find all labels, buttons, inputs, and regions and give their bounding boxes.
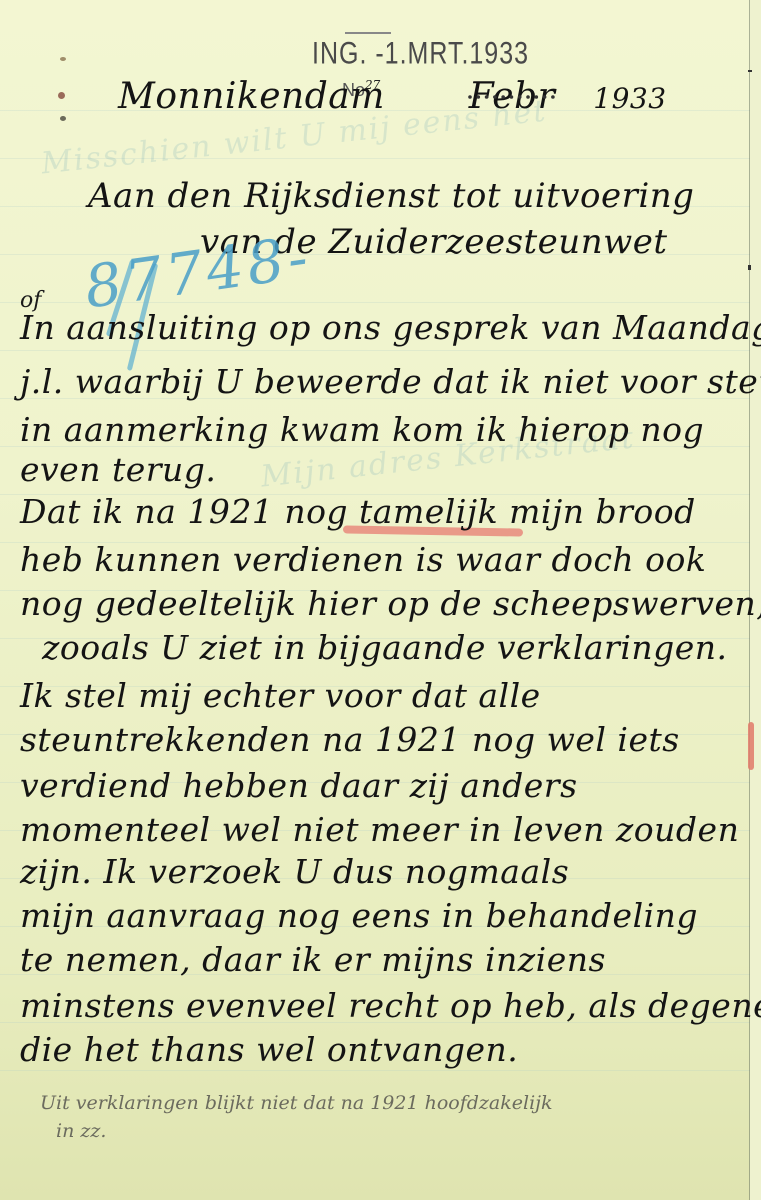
body-line: momenteel wel niet meer in leven zouden bbox=[20, 810, 739, 849]
stamp-overline bbox=[345, 32, 391, 34]
body-line: heb kunnen verdienen is waar doch ook bbox=[20, 540, 706, 579]
addressee-line-1: Aan den Rijksdienst tot uitvoering bbox=[88, 176, 694, 216]
body-line: steuntrekkenden na 1921 nog wel iets bbox=[20, 720, 680, 759]
body-line: j.l. waarbij U beweerde dat ik niet voor… bbox=[20, 362, 761, 401]
year: 1933 bbox=[593, 82, 666, 115]
body-line: te nemen, daar ik er mijns inziens bbox=[20, 940, 606, 979]
place-date-line: Monnikendam Febr 1933 bbox=[118, 76, 667, 117]
body-line: Dat ik na 1921 nog tamelijk mijn brood bbox=[20, 492, 696, 531]
body-line: verdiend hebben daar zij anders bbox=[20, 766, 578, 805]
paper-speck bbox=[60, 116, 66, 121]
received-stamp: ING. -1.MRT.1933 bbox=[312, 36, 529, 72]
body-line: nog gedeeltelijk hier op de scheepswerve… bbox=[20, 584, 761, 623]
file-number-annotation: 87748- bbox=[80, 222, 315, 321]
pencil-annotation-line-1: Uit verklaringen blijkt niet dat na 1921… bbox=[40, 1092, 553, 1114]
ruled-line bbox=[0, 1070, 750, 1071]
paper-speck bbox=[58, 92, 65, 99]
body-line: die het thans wel ontvangen. bbox=[20, 1030, 518, 1069]
red-crayon-mark bbox=[748, 722, 754, 770]
body-line: zooals U ziet in bijgaande verklaringen. bbox=[42, 628, 728, 667]
body-line: in aanmerking kwam kom ik hierop nog bbox=[20, 410, 704, 449]
paper-speck bbox=[60, 57, 66, 61]
body-line: even terug. bbox=[20, 450, 216, 489]
place: Monnikendam bbox=[118, 76, 385, 117]
body-line: zijn. Ik verzoek U dus nogmaals bbox=[20, 852, 569, 891]
document-page: Misschien wilt U mij eens het Mijn adres… bbox=[0, 0, 761, 1200]
body-line: minstens evenveel recht op heb, als dege… bbox=[20, 986, 761, 1025]
body-line: mijn aanvraag nog eens in behandeling bbox=[20, 896, 698, 935]
margin-tick bbox=[748, 70, 752, 72]
month: Febr bbox=[469, 76, 556, 117]
body-line: In aansluiting op ons gesprek van Maanda… bbox=[20, 308, 761, 347]
margin-tick bbox=[748, 265, 751, 270]
pencil-annotation-line-2: in zz. bbox=[56, 1120, 106, 1142]
ruled-line bbox=[0, 350, 750, 351]
body-line: Ik stel mij echter voor dat alle bbox=[20, 676, 541, 715]
